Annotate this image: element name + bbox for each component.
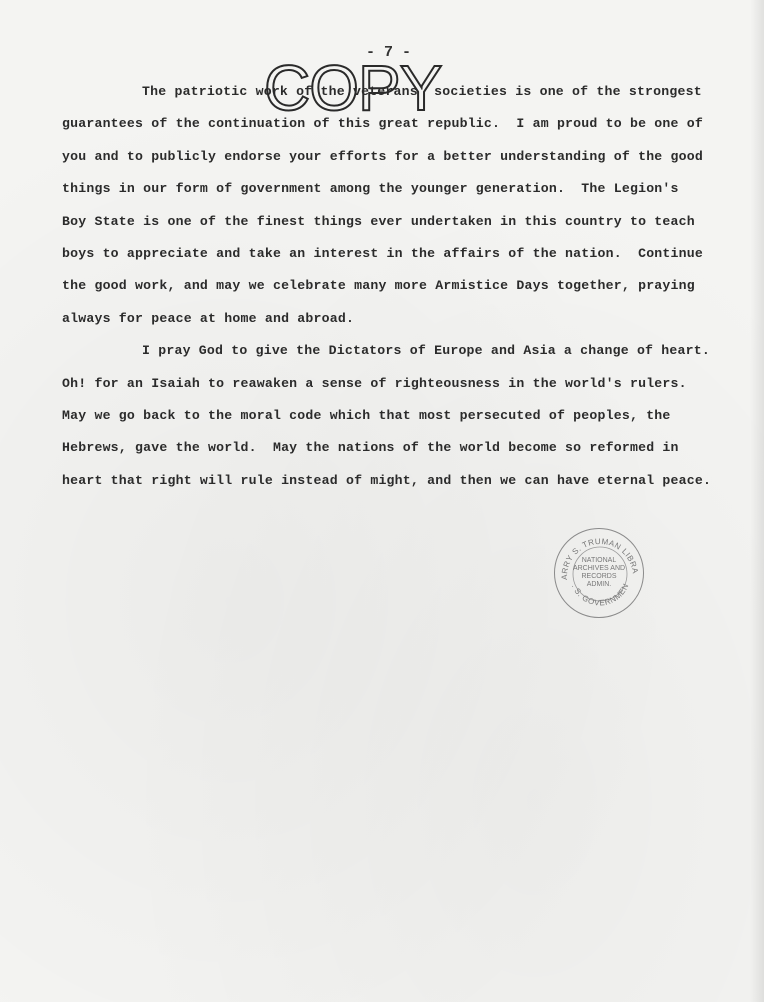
text-line: always for peace at home and abroad. — [62, 303, 712, 335]
paragraph-1: The patriotic work of the veterans' soci… — [62, 76, 712, 335]
seal-center-line: RECORDS — [569, 573, 629, 581]
text-line: boys to appreciate and take an interest … — [62, 238, 712, 270]
seal-center-line: ARCHIVES AND — [569, 565, 629, 573]
text-line: Boy State is one of the finest things ev… — [62, 206, 712, 238]
text-line: Hebrews, gave the world. May the nations… — [62, 432, 712, 464]
text-line: The patriotic work of the veterans' soci… — [62, 76, 712, 108]
seal-center-line: NATIONAL — [569, 557, 629, 565]
document-body: The patriotic work of the veterans' soci… — [62, 76, 712, 497]
text-line: you and to publicly endorse your efforts… — [62, 141, 712, 173]
text-line: Oh! for an Isaiah to reawaken a sense of… — [62, 368, 712, 400]
text-line: May we go back to the moral code which t… — [62, 400, 712, 432]
text-line: I pray God to give the Dictators of Euro… — [62, 335, 712, 367]
library-seal-stamp: HARRY S. TRUMAN LIBRARY U. S. GOVERNMENT… — [554, 528, 644, 618]
seal-center-text: NATIONAL ARCHIVES AND RECORDS ADMIN. — [569, 557, 629, 589]
text-line: things in our form of government among t… — [62, 173, 712, 205]
text-line: the good work, and may we celebrate many… — [62, 270, 712, 302]
document-page: - 7 - COPY The patriotic work of the vet… — [0, 0, 764, 1002]
page-edge-shadow — [750, 0, 764, 1002]
text-line: guarantees of the continuation of this g… — [62, 108, 712, 140]
text-line: heart that right will rule instead of mi… — [62, 465, 712, 497]
paragraph-2: I pray God to give the Dictators of Euro… — [62, 335, 712, 497]
seal-center-line: ADMIN. — [569, 581, 629, 589]
